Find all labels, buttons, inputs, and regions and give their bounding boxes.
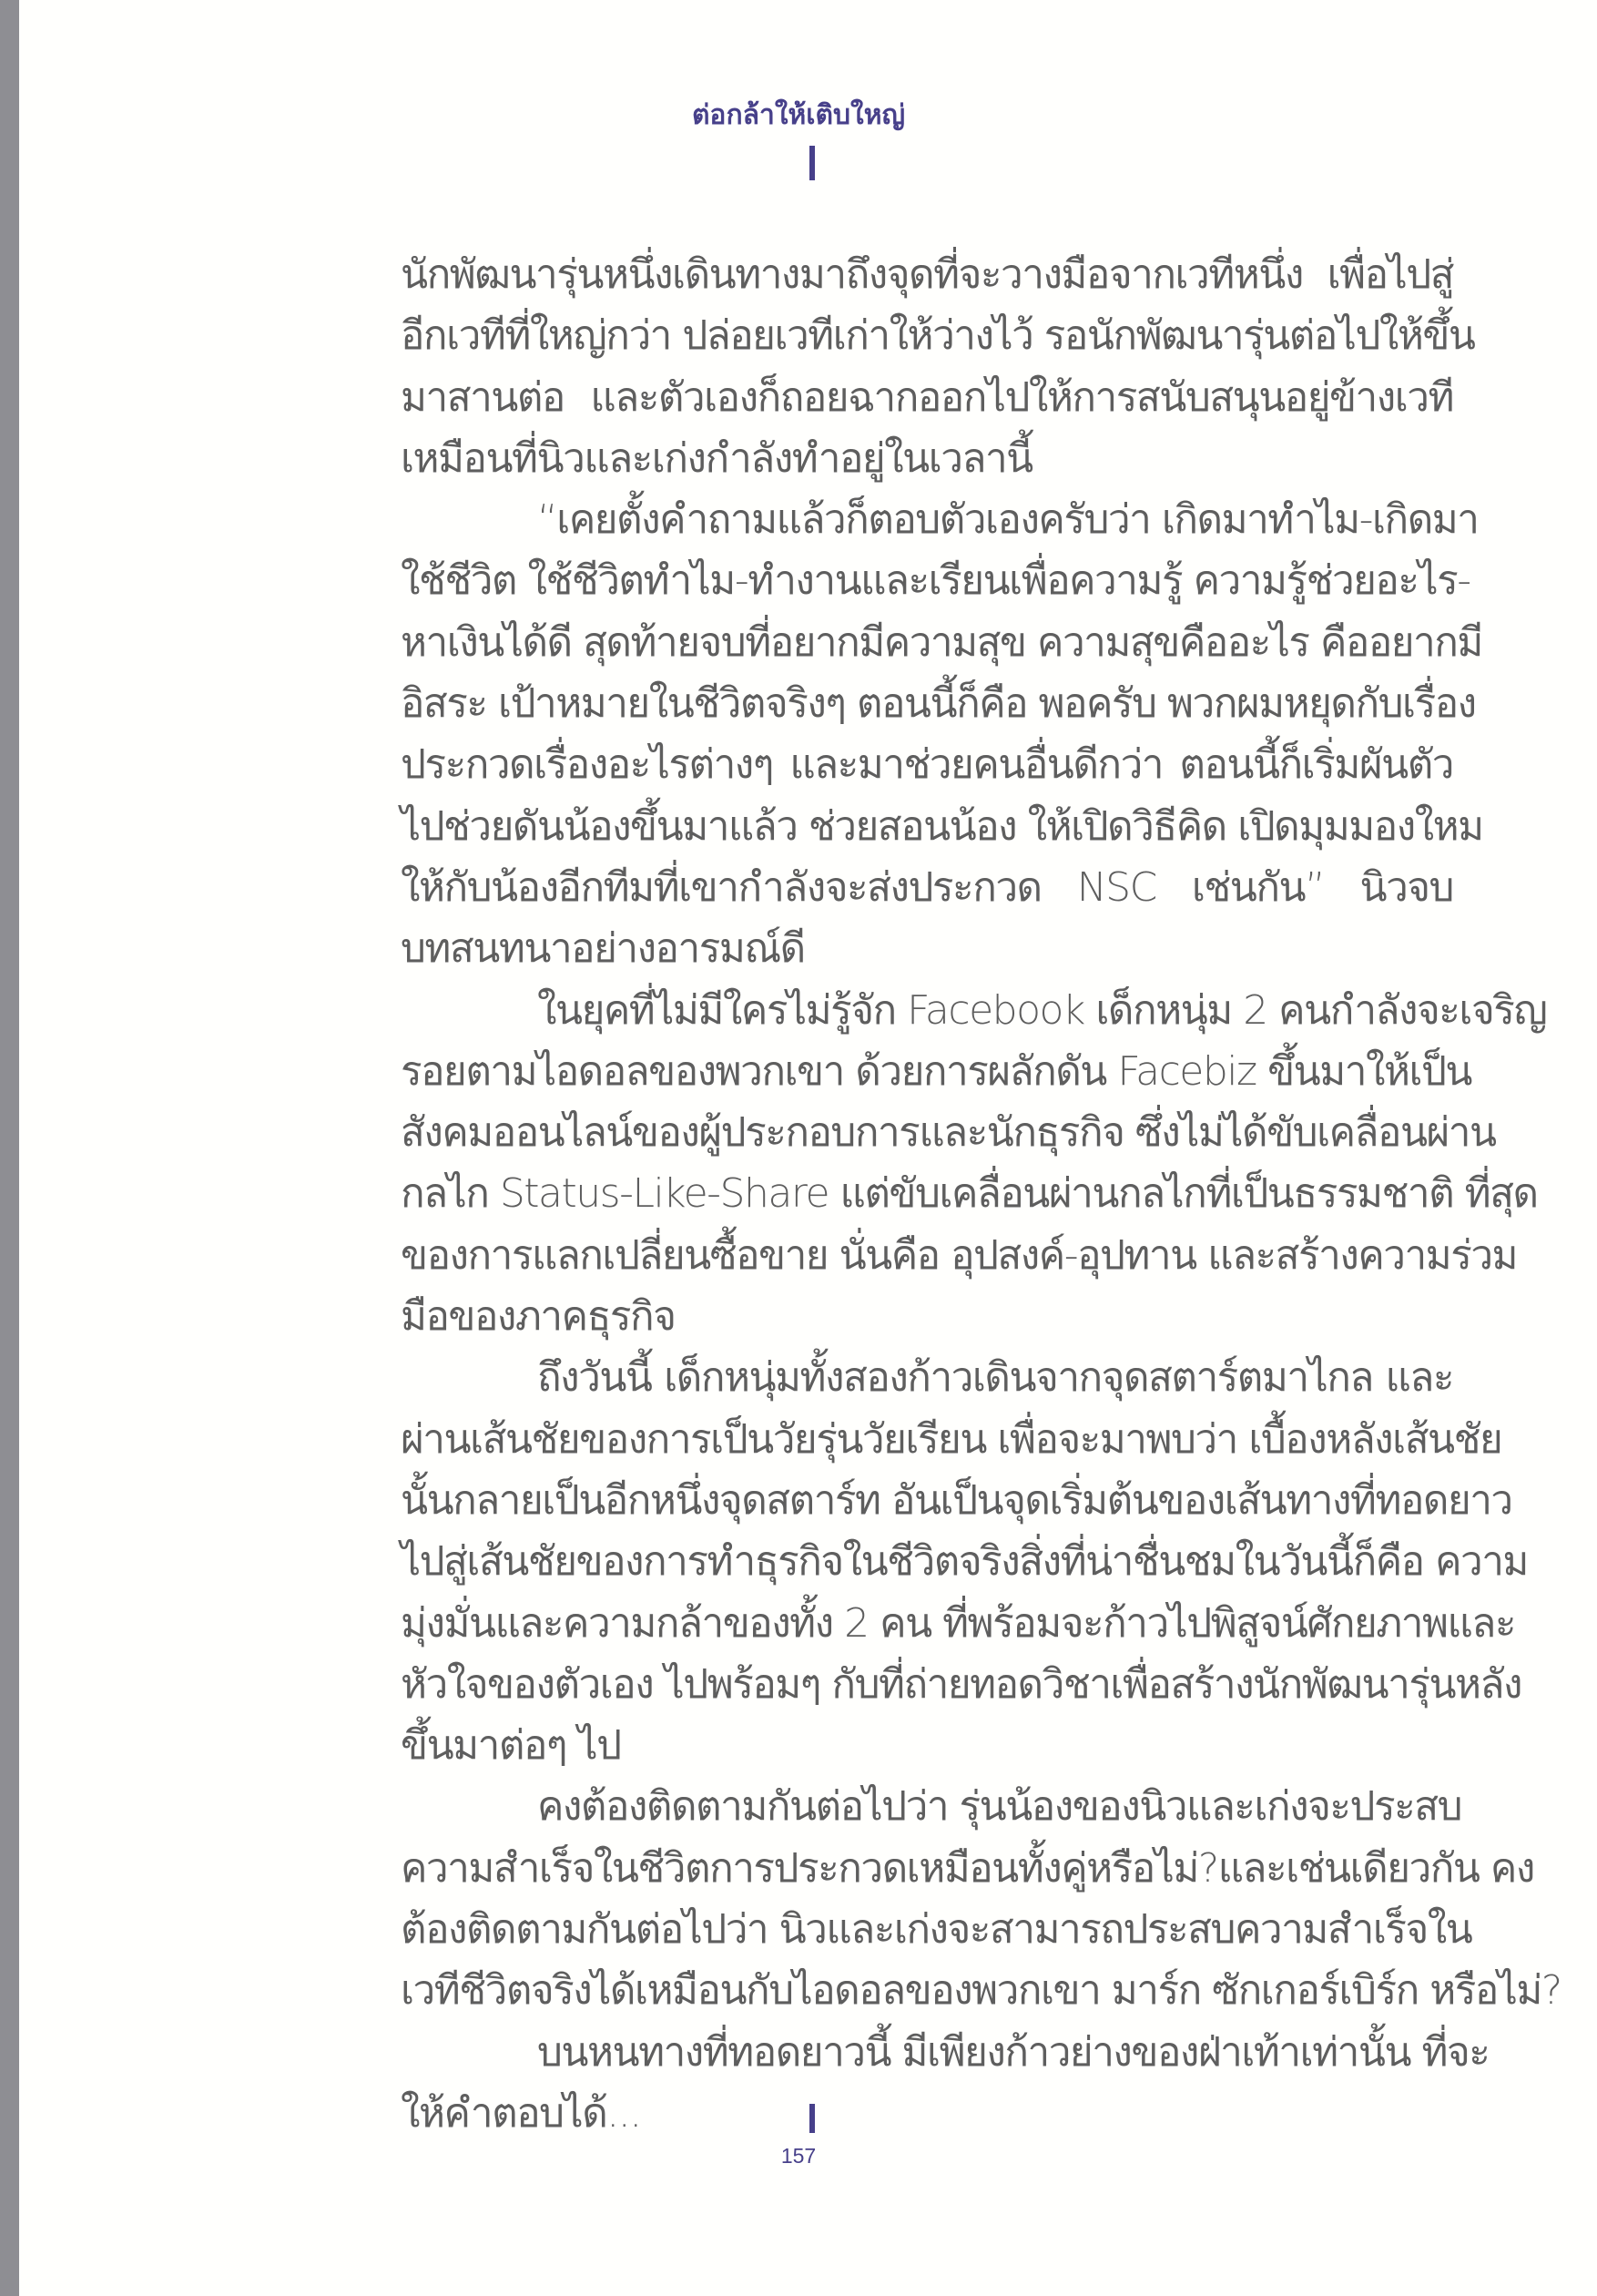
text-line: อีกเวทีที่ใหญ่กว่า ปล่อยเวทีเก่าให้ว่างไ… bbox=[401, 305, 1453, 366]
paragraph: คงต้องติดตามกันต่อไปว่า รุ่นน้องของนิวแล… bbox=[401, 1776, 1453, 2021]
text-line: ในยุคที่ไม่มีใครไม่รู้จัก Facebook เด็กห… bbox=[401, 980, 1453, 1041]
text-line: เหมือนที่นิวและเก่งกำลังทำอยู่ในเวลานี้ bbox=[401, 428, 1453, 489]
text-line: ต้องติดตามกันต่อไปว่า นิวและเก่งจะสามารถ… bbox=[401, 1899, 1453, 1960]
text-line: “เคยตั้งคำถามแล้วก็ตอบตัวเองครับว่า เกิด… bbox=[401, 489, 1453, 550]
running-header-title: ต่อกล้าให้เติบใหญ่ bbox=[0, 94, 1597, 137]
text-line: อิสระ เป้าหมายในชีวิตจริงๆ ตอนนี้ก็คือ พ… bbox=[401, 673, 1453, 734]
text-line: ขึ้นมาต่อๆ ไป bbox=[401, 1715, 1453, 1776]
text-line: ไปสู่เส้นชัยของการทำธุรกิจในชีวิตจริงสิ่… bbox=[401, 1531, 1453, 1592]
text-line: นักพัฒนารุ่นหนึ่งเดินทางมาถึงจุดที่จะวาง… bbox=[401, 244, 1453, 305]
text-line: หัวใจของตัวเอง ไปพร้อมๆ กับที่ถ่ายทอดวิช… bbox=[401, 1654, 1453, 1715]
text-line: ใช้ชีวิต ใช้ชีวิตทำไม-ทำงานและเรียนเพื่อ… bbox=[401, 550, 1453, 611]
text-line: นั้นกลายเป็นอีกหนึ่งจุดสตาร์ท อันเป็นจุด… bbox=[401, 1470, 1453, 1531]
text-line: รอยตามไอดอลของพวกเขา ด้วยการผลักดัน Face… bbox=[401, 1041, 1453, 1102]
text-line: ไปช่วยดันน้องขึ้นมาแล้ว ช่วยสอนน้อง ให้เ… bbox=[401, 796, 1453, 857]
text-line: ให้กับน้องอีกทีมที่เขากำลังจะส่งประกวด N… bbox=[401, 857, 1453, 918]
text-line: หาเงินได้ดี สุดท้ายจบที่อยากมีความสุข คว… bbox=[401, 612, 1453, 673]
page-edge-bar bbox=[0, 0, 19, 2296]
text-line: มุ่งมั่นและความกล้าของทั้ง 2 คน ที่พร้อม… bbox=[401, 1593, 1453, 1654]
paragraph: บนหนทางที่ทอดยาวนี้ มีเพียงก้าวย่างของฝ่… bbox=[401, 2022, 1453, 2145]
text-line: บนหนทางที่ทอดยาวนี้ มีเพียงก้าวย่างของฝ่… bbox=[401, 2022, 1453, 2083]
paragraph: ถึงวันนี้ เด็กหนุ่มทั้งสองก้าวเดินจากจุด… bbox=[401, 1347, 1453, 1776]
text-line: เวทีชีวิตจริงได้เหมือนกับไอดอลของพวกเขา … bbox=[401, 1960, 1453, 2021]
paragraph: นักพัฒนารุ่นหนึ่งเดินทางมาถึงจุดที่จะวาง… bbox=[401, 244, 1453, 489]
paragraph: “เคยตั้งคำถามแล้วก็ตอบตัวเองครับว่า เกิด… bbox=[401, 489, 1453, 979]
text-line: ของการแลกเปลี่ยนซื้อขาย นั่นคือ อุปสงค์-… bbox=[401, 1225, 1453, 1286]
text-line: ผ่านเส้นชัยของการเป็นวัยรุ่นวัยเรียน เพื… bbox=[401, 1409, 1453, 1470]
paragraph: ในยุคที่ไม่มีใครไม่รู้จัก Facebook เด็กห… bbox=[401, 980, 1453, 1348]
text-line: คงต้องติดตามกันต่อไปว่า รุ่นน้องของนิวแล… bbox=[401, 1776, 1453, 1837]
text-line: มาสานต่อ และตัวเองก็ถอยฉากออกไปให้การสนั… bbox=[401, 367, 1453, 428]
footer-divider bbox=[809, 2104, 815, 2133]
text-line: กลไก Status-Like-Share แต่ขับเคลื่อนผ่าน… bbox=[401, 1163, 1453, 1224]
text-line: สังคมออนไลน์ของผู้ประกอบการและนักธุรกิจ … bbox=[401, 1102, 1453, 1163]
text-line: ความสำเร็จในชีวิตการประกวดเหมือนทั้งคู่ห… bbox=[401, 1838, 1453, 1899]
text-line: ให้คำตอบได้... bbox=[401, 2083, 1453, 2144]
body-text: นักพัฒนารุ่นหนึ่งเดินทางมาถึงจุดที่จะวาง… bbox=[401, 244, 1453, 2144]
page-number: 157 bbox=[0, 2144, 1597, 2168]
header-divider bbox=[809, 146, 815, 180]
text-line: มือของภาคธุรกิจ bbox=[401, 1286, 1453, 1347]
text-line: บทสนทนาอย่างอารมณ์ดี bbox=[401, 918, 1453, 979]
text-line: ประกวดเรื่องอะไรต่างๆ และมาช่วยคนอื่นดีก… bbox=[401, 734, 1453, 795]
text-line: ถึงวันนี้ เด็กหนุ่มทั้งสองก้าวเดินจากจุด… bbox=[401, 1347, 1453, 1408]
